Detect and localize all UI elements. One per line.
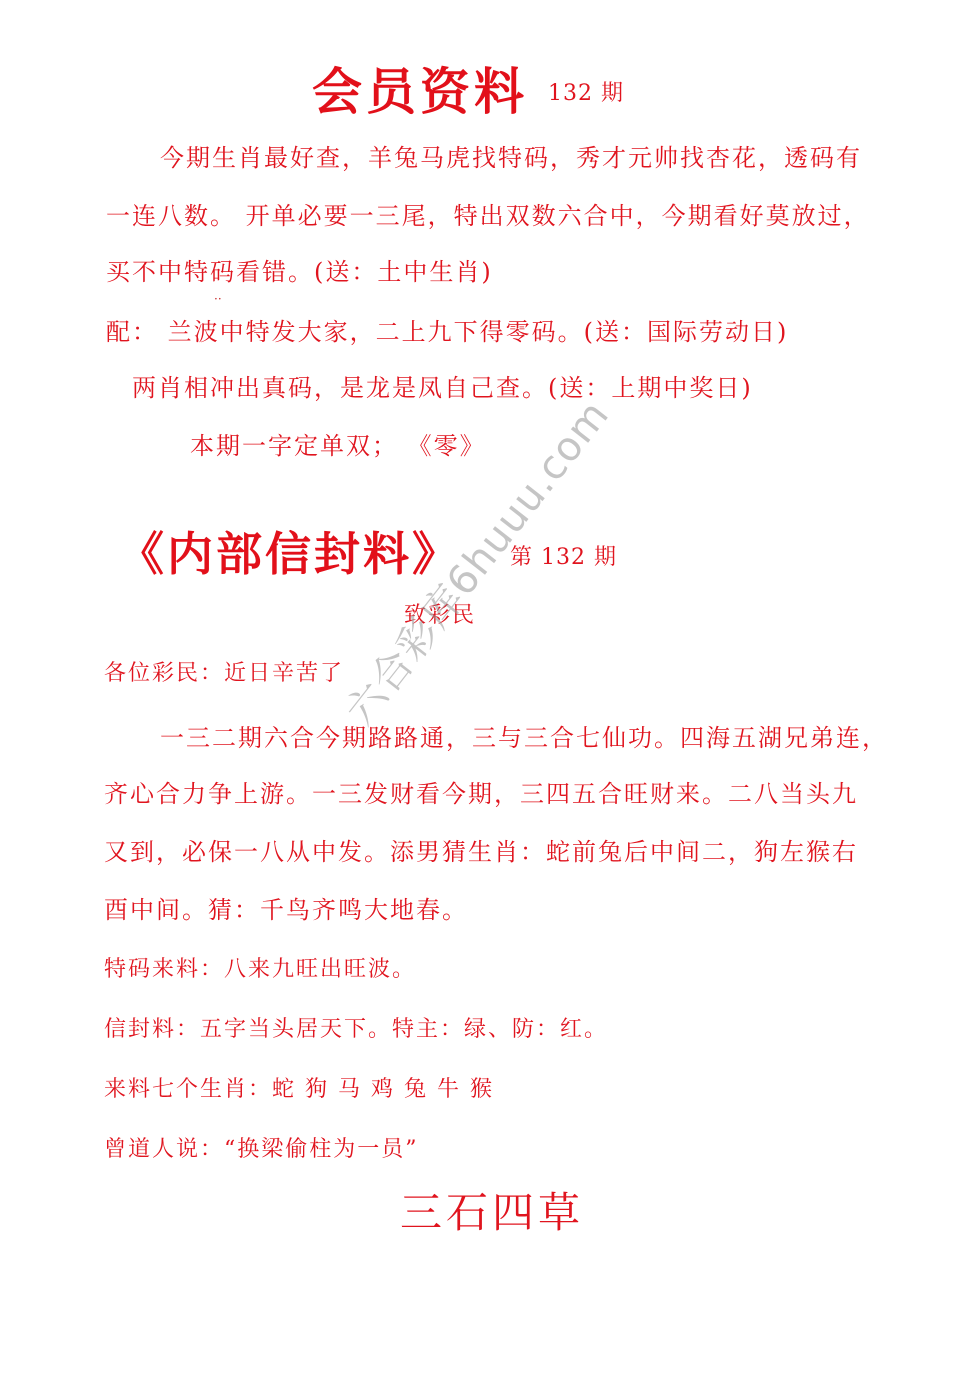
item-quote: 曾道人说：“换梁偷柱为一员” [104,1132,419,1163]
section1-line-5: 两肖相冲出真码，是龙是凤自己查。(送：上期中奖日) [132,368,753,403]
section1-line-4: 配： 兰波中特发大家，二上九下得零码。(送：国际劳动日) [106,312,788,347]
section2-issue: 第 132 期 [510,540,617,571]
section1-line-1: 今期生肖最好查，羊兔马虎找特码，秀才元帅找杏花，透码有 [160,138,862,173]
section1-line-6: 本期一字定单双； 《零》 [190,426,486,461]
item-zodiacs: 来料七个生肖：蛇 狗 马 鸡 兔 牛 猴 [104,1072,494,1103]
item-special-code: 特码来料：八来九旺出旺波。 [104,952,416,983]
section2-title: 《内部信封料》 [118,518,461,584]
item-envelope: 信封料：五字当头居天下。特主：绿、防：红。 [104,1012,608,1043]
section2-greeting: 各位彩民：近日辛苦了 [104,656,344,687]
decorative-dots: ·· [214,292,222,306]
footer-phrase: 三石四草 [400,1180,584,1240]
section1-issue: 132 期 [548,76,624,107]
section1-line-2: 一连八数。 开单必要一三尾，特出双数六合中，今期看好莫放过， [106,196,870,231]
section1-title: 会员资料 [312,52,528,124]
poem-line-4: 酉中间。猜：千鸟齐鸣大地春。 [104,890,468,925]
poem-line-1: 一三二期六合今期路路通，三与三合七仙功。四海五湖兄弟连， [160,718,888,753]
poem-line-2: 齐心合力争上游。一三发财看今期，三四五合旺财来。二八当头九 [104,774,858,809]
poem-line-3: 又到，必保一八从中发。添男猜生肖：蛇前兔后中间二，狗左猴右 [104,832,858,867]
section1-line-3: 买不中特码看错。(送：土中生肖) [106,252,493,287]
